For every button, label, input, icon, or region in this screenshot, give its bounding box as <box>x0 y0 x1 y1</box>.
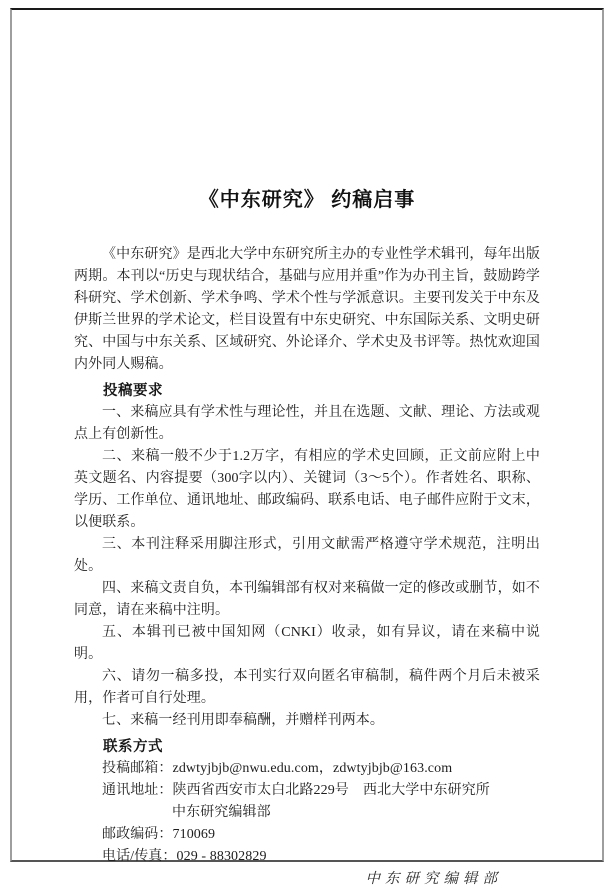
contact-phone-value: 029 - 88302829 <box>177 849 267 864</box>
intro-paragraph: 《中东研究》是西北大学中东研究所主办的专业性学术辑刊，每年出版两期。本刊以“历史… <box>74 244 540 376</box>
contact-email-value: zdwtyjbjb@nwu.edu.com，zdwtyjbjb@163.com <box>173 761 453 776</box>
page-content: 《中东研究》 约稿启事 《中东研究》是西北大学中东研究所主办的专业性学术辑刊，每… <box>12 186 602 874</box>
contact-postcode-label: 邮政编码： <box>102 827 173 842</box>
requirement-item-5: 五、本辑刊已被中国知网（CNKI）收录，如有异议，请在来稿中说明。 <box>74 622 540 666</box>
requirement-item-4: 四、来稿文责自负，本刊编辑部有权对来稿做一定的修改或删节，如不同意，请在来稿中注… <box>74 578 540 622</box>
contact-postcode-value: 710069 <box>173 827 216 842</box>
requirement-item-3: 三、本刊注释采用脚注形式，引用文献需严格遵守学术规范，注明出处。 <box>74 534 540 578</box>
contact-email-label: 投稿邮箱： <box>102 761 173 776</box>
editorial-signature: 中东研究编辑部 <box>74 868 540 874</box>
page-title: 《中东研究》 约稿启事 <box>74 186 540 214</box>
requirements-heading: 投稿要求 <box>74 380 540 402</box>
contact-postcode-line: 邮政编码：710069 <box>74 824 540 846</box>
contact-address-line: 通讯地址：陕西省西安市太白北路229号 西北大学中东研究所 <box>74 780 540 802</box>
document-page: 《中东研究》 约稿启事 《中东研究》是西北大学中东研究所主办的专业性学术辑刊，每… <box>10 8 604 862</box>
contact-address-label: 通讯地址： <box>102 783 173 798</box>
contact-heading: 联系方式 <box>74 736 540 758</box>
contact-phone-line: 电话/传真：029 - 88302829 <box>74 846 540 868</box>
requirement-item-2: 二、来稿一般不少于1.2万字，有相应的学术史回顾，正文前应附上中英文题名、内容提… <box>74 446 540 534</box>
requirement-item-6: 六、请勿一稿多投，本刊实行双向匿名审稿制，稿件两个月后未被采用，作者可自行处理。 <box>74 666 540 710</box>
contact-address-value: 陕西省西安市太白北路229号 西北大学中东研究所 <box>173 783 490 798</box>
contact-email-line: 投稿邮箱：zdwtyjbjb@nwu.edu.com，zdwtyjbjb@163… <box>74 758 540 780</box>
requirement-item-1: 一、来稿应具有学术性与理论性，并且在选题、文献、理论、方法或观点上有创新性。 <box>74 402 540 446</box>
contact-address-continuation: 中东研究编辑部 <box>74 802 540 824</box>
requirement-item-7: 七、来稿一经刊用即奉稿酬，并赠样刊两本。 <box>74 710 540 732</box>
contact-phone-label: 电话/传真： <box>102 849 177 864</box>
